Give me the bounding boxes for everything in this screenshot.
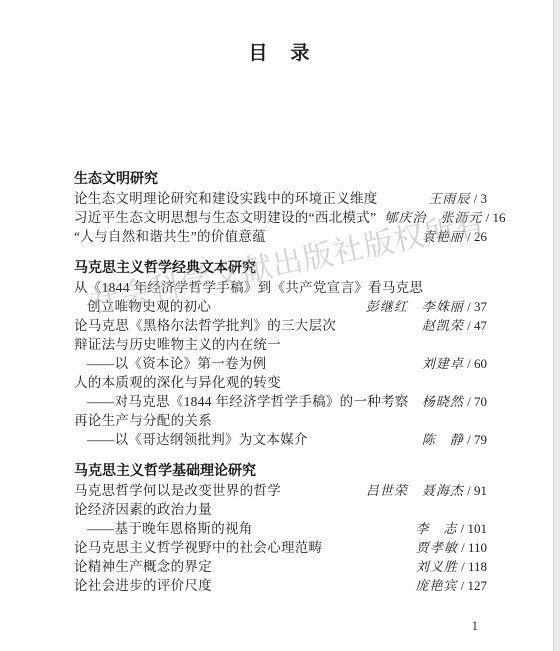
entry-title: 创立唯物史观的初心 — [74, 297, 211, 316]
entry-page-number: / 16 — [482, 210, 505, 225]
entry-title: 论社会进步的评价尺度 — [74, 576, 212, 595]
entry-page-number: / 47 — [464, 318, 487, 333]
toc-entry: “人与自然和谐共生”的价值意蕴袁艳丽 / 26 — [74, 227, 487, 246]
toc-entry: ——以《资本论》第一卷为例刘建卓 / 60 — [74, 354, 487, 373]
toc-section: 生态文明研究论生态文明理论研究和建设实践中的环境正义维度王雨辰 / 3习近平生态… — [74, 170, 487, 246]
toc-entry: 论马克思主义哲学视野中的社会心理范畴贾孝敏 / 110 — [74, 538, 487, 557]
entry-title: ——基于晚年恩格斯的视角 — [74, 519, 253, 538]
entry-authors: 庞艳宾 — [415, 578, 457, 593]
toc-entry: ——对马克思《1844 年经济学哲学手稿》的一种考察杨晓然 / 70 — [74, 392, 487, 411]
entry-authors-page: 贾孝敏 / 110 — [416, 538, 487, 557]
entry-title: 辩证法与历史唯物主义的内在统一 — [74, 335, 281, 354]
entry-authors-page: 赵凯荣 / 47 — [422, 316, 487, 335]
entry-authors: 郇庆治 张沥元 — [384, 210, 482, 225]
entry-page-number: / 37 — [464, 299, 487, 314]
page-edge-strip — [553, 0, 560, 651]
entry-authors-page: 陈 静 / 79 — [422, 430, 487, 449]
toc-entry: 论社会进步的评价尺度庞艳宾 / 127 — [74, 576, 487, 595]
entry-title: 论马克思《黑格尔法哲学批判》的三大层次 — [74, 316, 336, 335]
toc-entry: 马克思哲学何以是改变世界的哲学吕世荣 聂海杰 / 91 — [74, 481, 487, 500]
toc-entry: ——基于晚年恩格斯的视角李 志 / 101 — [74, 519, 487, 538]
entry-authors-page: 庞艳宾 / 127 — [415, 576, 487, 595]
entry-title: ——以《哥达纲领批判》为文本媒介 — [74, 430, 308, 449]
toc-entry: 习近平生态文明思想与生态文明建设的“西北模式”郇庆治 张沥元 / 16 — [74, 208, 487, 227]
entry-authors: 赵凯荣 — [422, 318, 464, 333]
entry-page-number: / 110 — [458, 540, 487, 555]
entry-authors: 刘建卓 — [422, 356, 464, 371]
entry-authors-page: 郇庆治 张沥元 / 16 — [384, 208, 505, 227]
entry-title: 马克思哲学何以是改变世界的哲学 — [74, 481, 281, 500]
entry-authors: 吕世荣 聂海杰 — [366, 483, 464, 498]
entry-page-number: / 3 — [470, 191, 487, 206]
entry-page-number: / 91 — [464, 483, 487, 498]
toc-section: 马克思主义哲学经典文本研究从《1844 年经济学哲学手稿》到《共产党宣言》看马克… — [74, 259, 487, 449]
entry-title: 再论生产与分配的关系 — [74, 411, 212, 430]
toc-list: 生态文明研究论生态文明理论研究和建设实践中的环境正义维度王雨辰 / 3习近平生态… — [74, 170, 487, 595]
entry-title: 论经济因素的政治力量 — [74, 500, 212, 519]
entry-title: ——以《资本论》第一卷为例 — [74, 354, 266, 373]
scanned-toc-page: 社会科学文献出版社版权所有 目 录 生态文明研究论生态文明理论研究和建设实践中的… — [0, 0, 560, 651]
entry-title: ——对马克思《1844 年经济学哲学手稿》的一种考察 — [74, 392, 409, 411]
entry-title: 从《1844 年经济学哲学手稿》到《共产党宣言》看马克思 — [74, 278, 423, 297]
section-heading: 生态文明研究 — [74, 170, 487, 189]
entry-authors: 刘义胜 — [416, 559, 458, 574]
toc-entry: 创立唯物史观的初心彭继红 李姝丽 / 37 — [74, 297, 487, 316]
entry-authors-page: 彭继红 李姝丽 / 37 — [366, 297, 487, 316]
entry-authors: 贾孝敏 — [416, 540, 458, 555]
entry-authors-page: 刘义胜 / 118 — [416, 557, 487, 576]
entry-title: 习近平生态文明思想与生态文明建设的“西北模式” — [74, 208, 376, 227]
page-number: 1 — [472, 619, 478, 634]
entry-authors-page: 袁艳丽 / 26 — [422, 227, 487, 246]
toc-entry: 论生态文明理论研究和建设实践中的环境正义维度王雨辰 / 3 — [74, 189, 487, 208]
entry-authors-page: 刘建卓 / 60 — [422, 354, 487, 373]
entry-authors: 王雨辰 — [428, 191, 470, 206]
entry-title: “人与自然和谐共生”的价值意蕴 — [74, 227, 266, 246]
toc-entry: 论经济因素的政治力量 — [74, 500, 487, 519]
section-heading: 马克思主义哲学基础理论研究 — [74, 462, 487, 481]
entry-title: 论精神生产概念的界定 — [74, 557, 212, 576]
entry-authors: 李 志 — [415, 521, 457, 536]
page-title: 目 录 — [0, 38, 560, 65]
toc-entry: 人的本质观的深化与异化观的转变 — [74, 373, 487, 392]
entry-title: 人的本质观的深化与异化观的转变 — [74, 373, 281, 392]
entry-title: 论生态文明理论研究和建设实践中的环境正义维度 — [74, 189, 378, 208]
entry-page-number: / 60 — [464, 356, 487, 371]
entry-page-number: / 118 — [458, 559, 487, 574]
entry-authors: 陈 静 — [422, 432, 464, 447]
toc-entry: 再论生产与分配的关系 — [74, 411, 487, 430]
toc-entry: ——以《哥达纲领批判》为文本媒介陈 静 / 79 — [74, 430, 487, 449]
entry-authors-page: 王雨辰 / 3 — [428, 189, 487, 208]
entry-page-number: / 127 — [457, 578, 487, 593]
toc-entry: 从《1844 年经济学哲学手稿》到《共产党宣言》看马克思 — [74, 278, 487, 297]
entry-page-number: / 79 — [464, 432, 487, 447]
toc-entry: 论马克思《黑格尔法哲学批判》的三大层次赵凯荣 / 47 — [74, 316, 487, 335]
entry-title: 论马克思主义哲学视野中的社会心理范畴 — [74, 538, 322, 557]
toc-section: 马克思主义哲学基础理论研究马克思哲学何以是改变世界的哲学吕世荣 聂海杰 / 91… — [74, 462, 487, 595]
entry-page-number: / 70 — [464, 394, 487, 409]
entry-authors: 杨晓然 — [422, 394, 464, 409]
entry-authors: 袁艳丽 — [422, 229, 464, 244]
entry-authors-page: 李 志 / 101 — [415, 519, 487, 538]
entry-authors-page: 吕世荣 聂海杰 / 91 — [366, 481, 487, 500]
entry-page-number: / 101 — [457, 521, 487, 536]
section-heading: 马克思主义哲学经典文本研究 — [74, 259, 487, 278]
entry-authors: 彭继红 李姝丽 — [366, 299, 464, 314]
entry-authors-page: 杨晓然 / 70 — [422, 392, 487, 411]
entry-page-number: / 26 — [464, 229, 487, 244]
toc-entry: 辩证法与历史唯物主义的内在统一 — [74, 335, 487, 354]
toc-entry: 论精神生产概念的界定刘义胜 / 118 — [74, 557, 487, 576]
